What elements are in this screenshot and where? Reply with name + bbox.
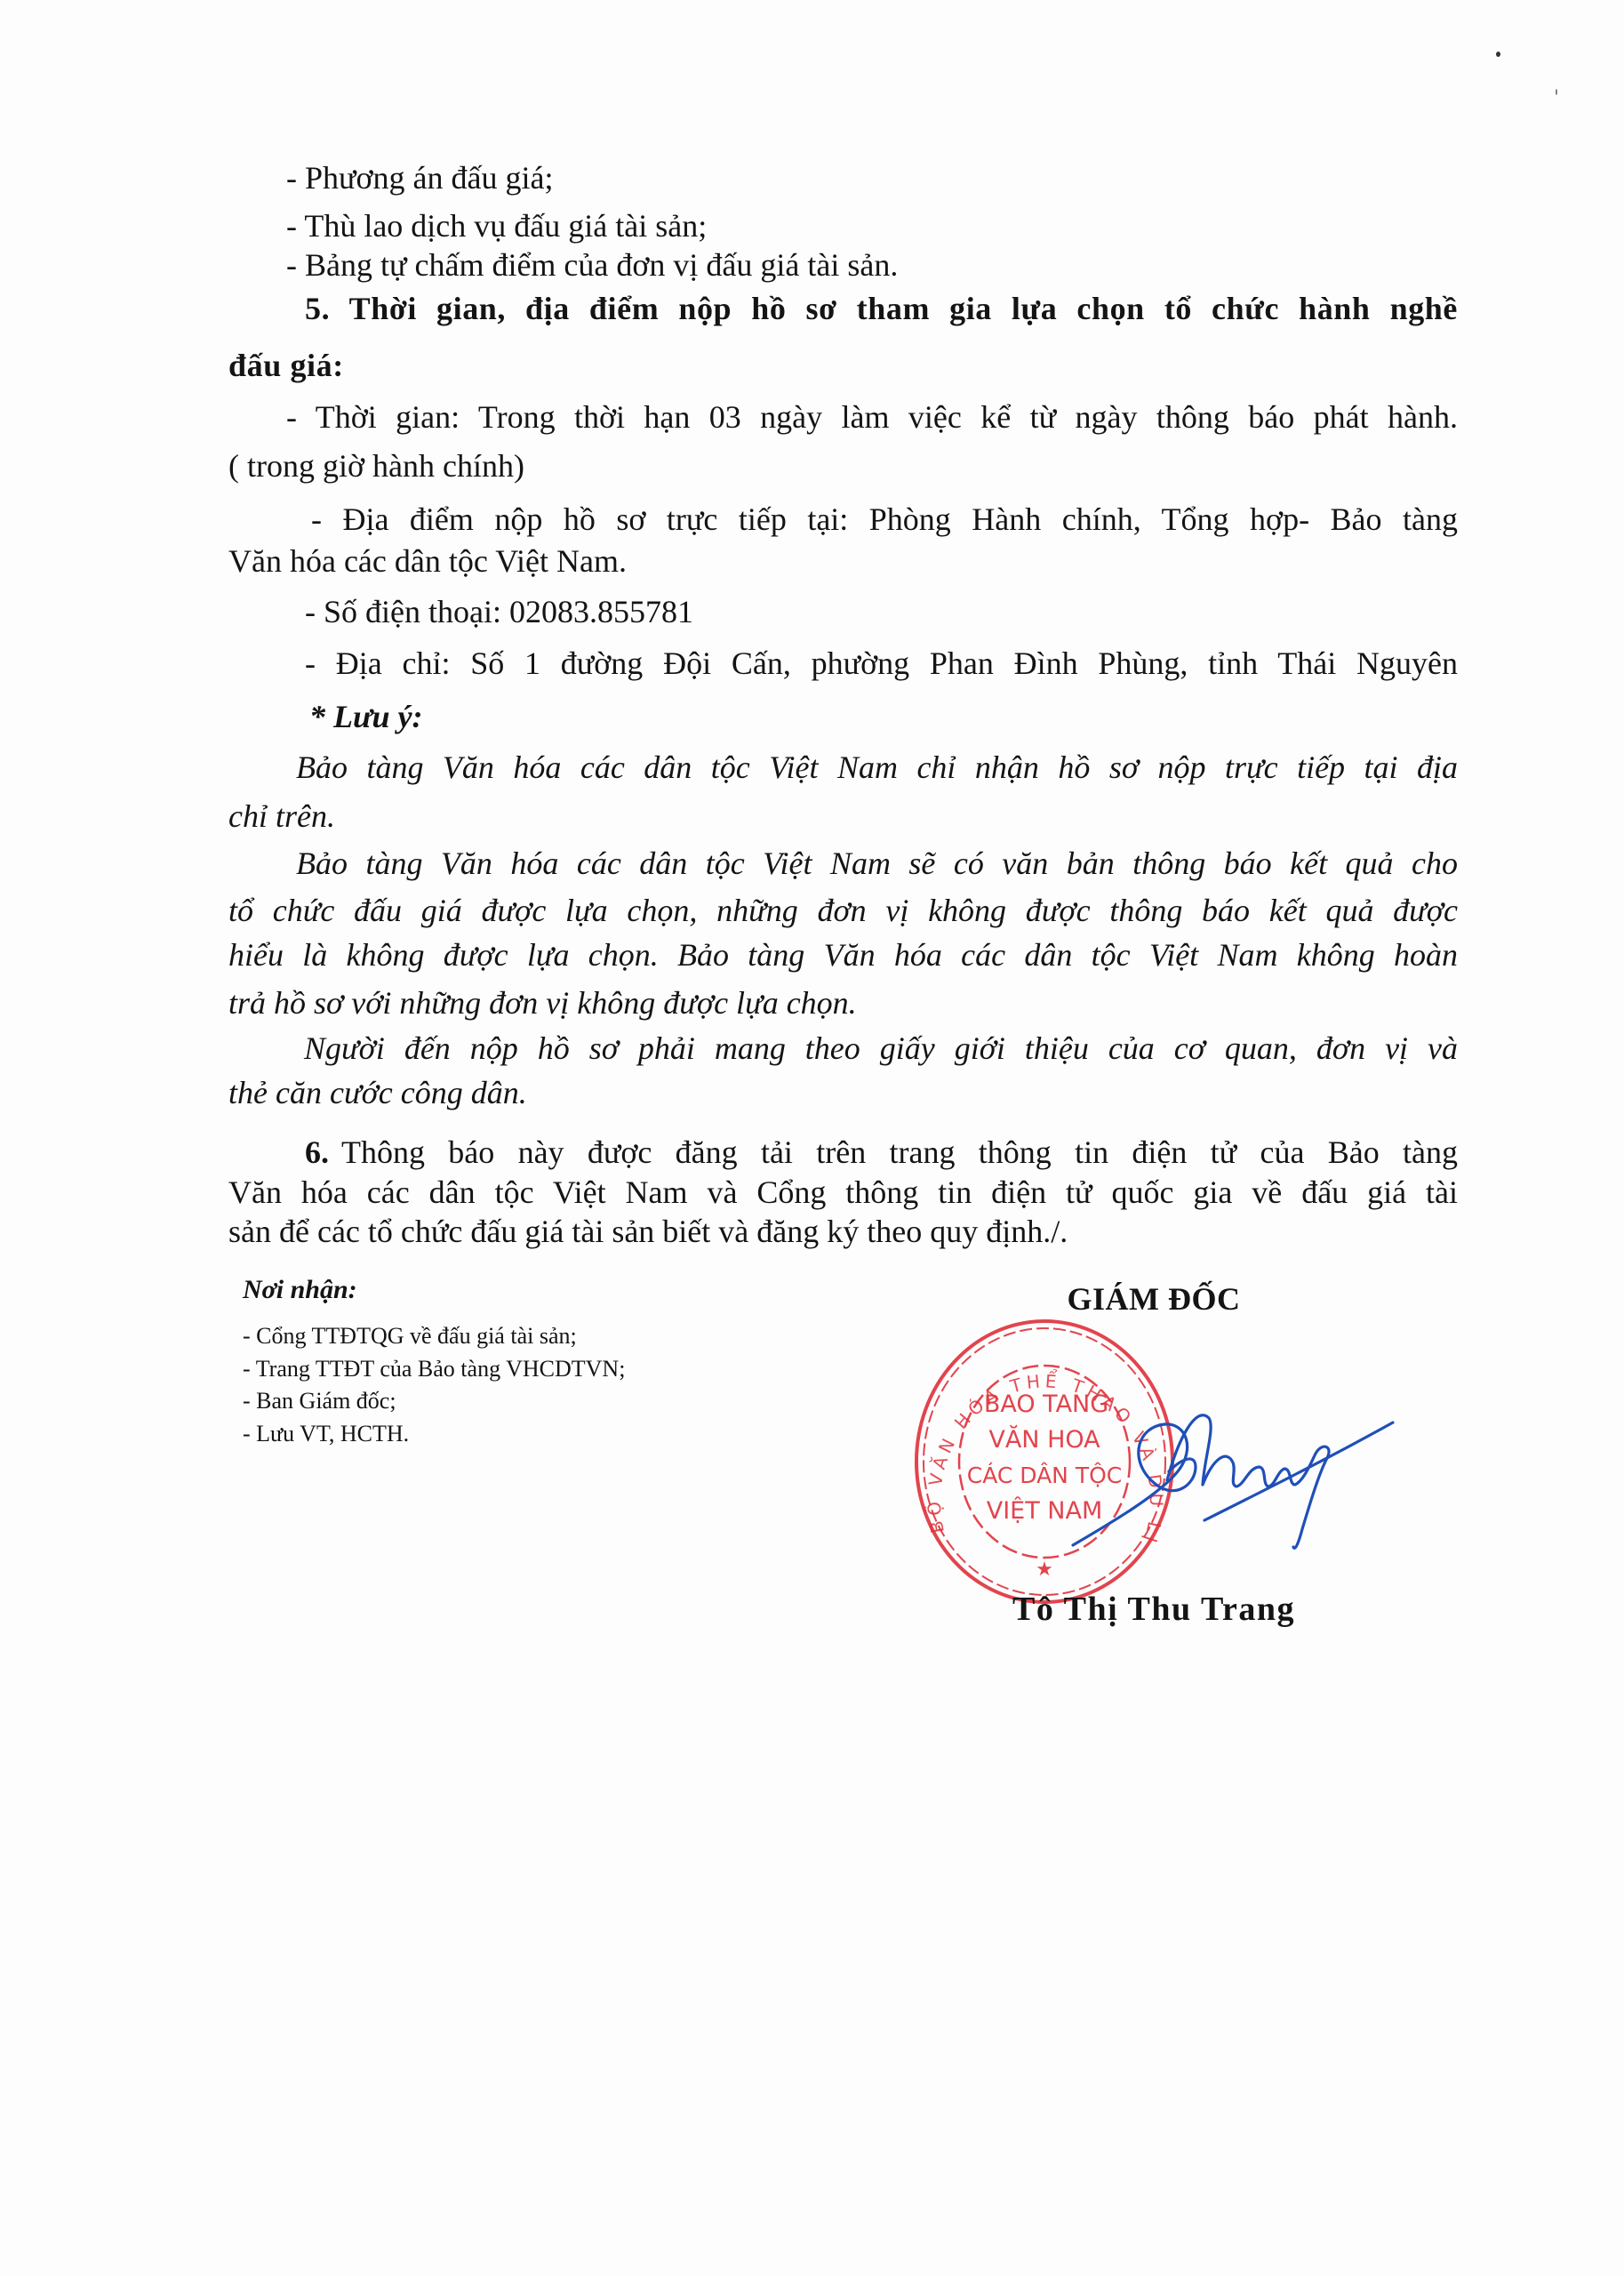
recipient-item: - Lưu VT, HCTH. bbox=[243, 1421, 409, 1447]
recipient-item: - Cổng TTĐTQG về đấu giá tài sản; bbox=[243, 1323, 577, 1350]
scan-speck bbox=[1556, 89, 1557, 95]
handwritten-signature bbox=[1062, 1387, 1400, 1565]
recipients-title: Nơi nhận: bbox=[243, 1275, 357, 1305]
section6-line2: Văn hóa các dân tộc Việt Nam và Cổng thô… bbox=[228, 1176, 1458, 1208]
bullet-self-assessment: - Bảng tự chấm điểm của đơn vị đấu giá t… bbox=[286, 249, 898, 281]
section6-line3: sản để các tổ chức đấu giá tài sản biết … bbox=[228, 1215, 1068, 1247]
document-page: - Phương án đấu giá; - Thù lao dịch vụ đ… bbox=[0, 0, 1624, 2276]
bullet-auction-plan: - Phương án đấu giá; bbox=[286, 162, 554, 194]
section6-line1-text: Thông báo này được đăng tải trên trang t… bbox=[341, 1136, 1458, 1168]
signer-name: Tô Thị Thu Trang bbox=[1012, 1590, 1295, 1629]
time-line2: ( trong giờ hành chính) bbox=[228, 450, 524, 482]
section5-heading-line2: đấu giá: bbox=[228, 349, 344, 381]
note-para3-line1: Người đến nộp hồ sơ phải mang theo giấy … bbox=[304, 1032, 1458, 1064]
recipient-item: - Trang TTĐT của Bảo tàng VHCDTVN; bbox=[243, 1356, 625, 1382]
signer-title: GIÁM ĐỐC bbox=[1068, 1280, 1241, 1318]
note-para1-line1: Bảo tàng Văn hóa các dân tộc Việt Nam ch… bbox=[296, 751, 1458, 783]
svg-text:★: ★ bbox=[1036, 1559, 1053, 1581]
note-para1-line2: chỉ trên. bbox=[228, 800, 335, 832]
note-title: * Lưu ý: bbox=[309, 701, 423, 733]
note-para2-line3: hiểu là không được lựa chọn. Bảo tàng Vă… bbox=[228, 939, 1458, 971]
scan-speck bbox=[1496, 52, 1500, 57]
note-para2-line1: Bảo tàng Văn hóa các dân tộc Việt Nam sẽ… bbox=[296, 847, 1458, 879]
recipient-item: - Ban Giám đốc; bbox=[243, 1388, 396, 1414]
note-para3-line2: thẻ căn cước công dân. bbox=[228, 1077, 527, 1109]
section6-line1: 6. Thông báo này được đăng tải trên tran… bbox=[305, 1136, 1458, 1168]
note-para2-line2: tổ chức đấu giá được lựa chọn, những đơn… bbox=[228, 894, 1458, 926]
bullet-service-fee: - Thù lao dịch vụ đấu giá tài sản; bbox=[286, 210, 707, 242]
phone-line: - Số điện thoại: 02083.855781 bbox=[305, 596, 693, 628]
section6-number: 6. bbox=[305, 1136, 329, 1168]
address-line: - Địa chỉ: Số 1 đường Đội Cấn, phường Ph… bbox=[305, 647, 1458, 679]
time-line1: - Thời gian: Trong thời hạn 03 ngày làm … bbox=[286, 401, 1458, 433]
section5-heading-line1: 5. Thời gian, địa điểm nộp hồ sơ tham gi… bbox=[305, 293, 1458, 325]
place-line1: - Địa điểm nộp hồ sơ trực tiếp tại: Phòn… bbox=[311, 503, 1458, 535]
note-para2-line4: trả hồ sơ với những đơn vị không được lự… bbox=[228, 987, 857, 1019]
place-line2: Văn hóa các dân tộc Việt Nam. bbox=[228, 545, 627, 577]
